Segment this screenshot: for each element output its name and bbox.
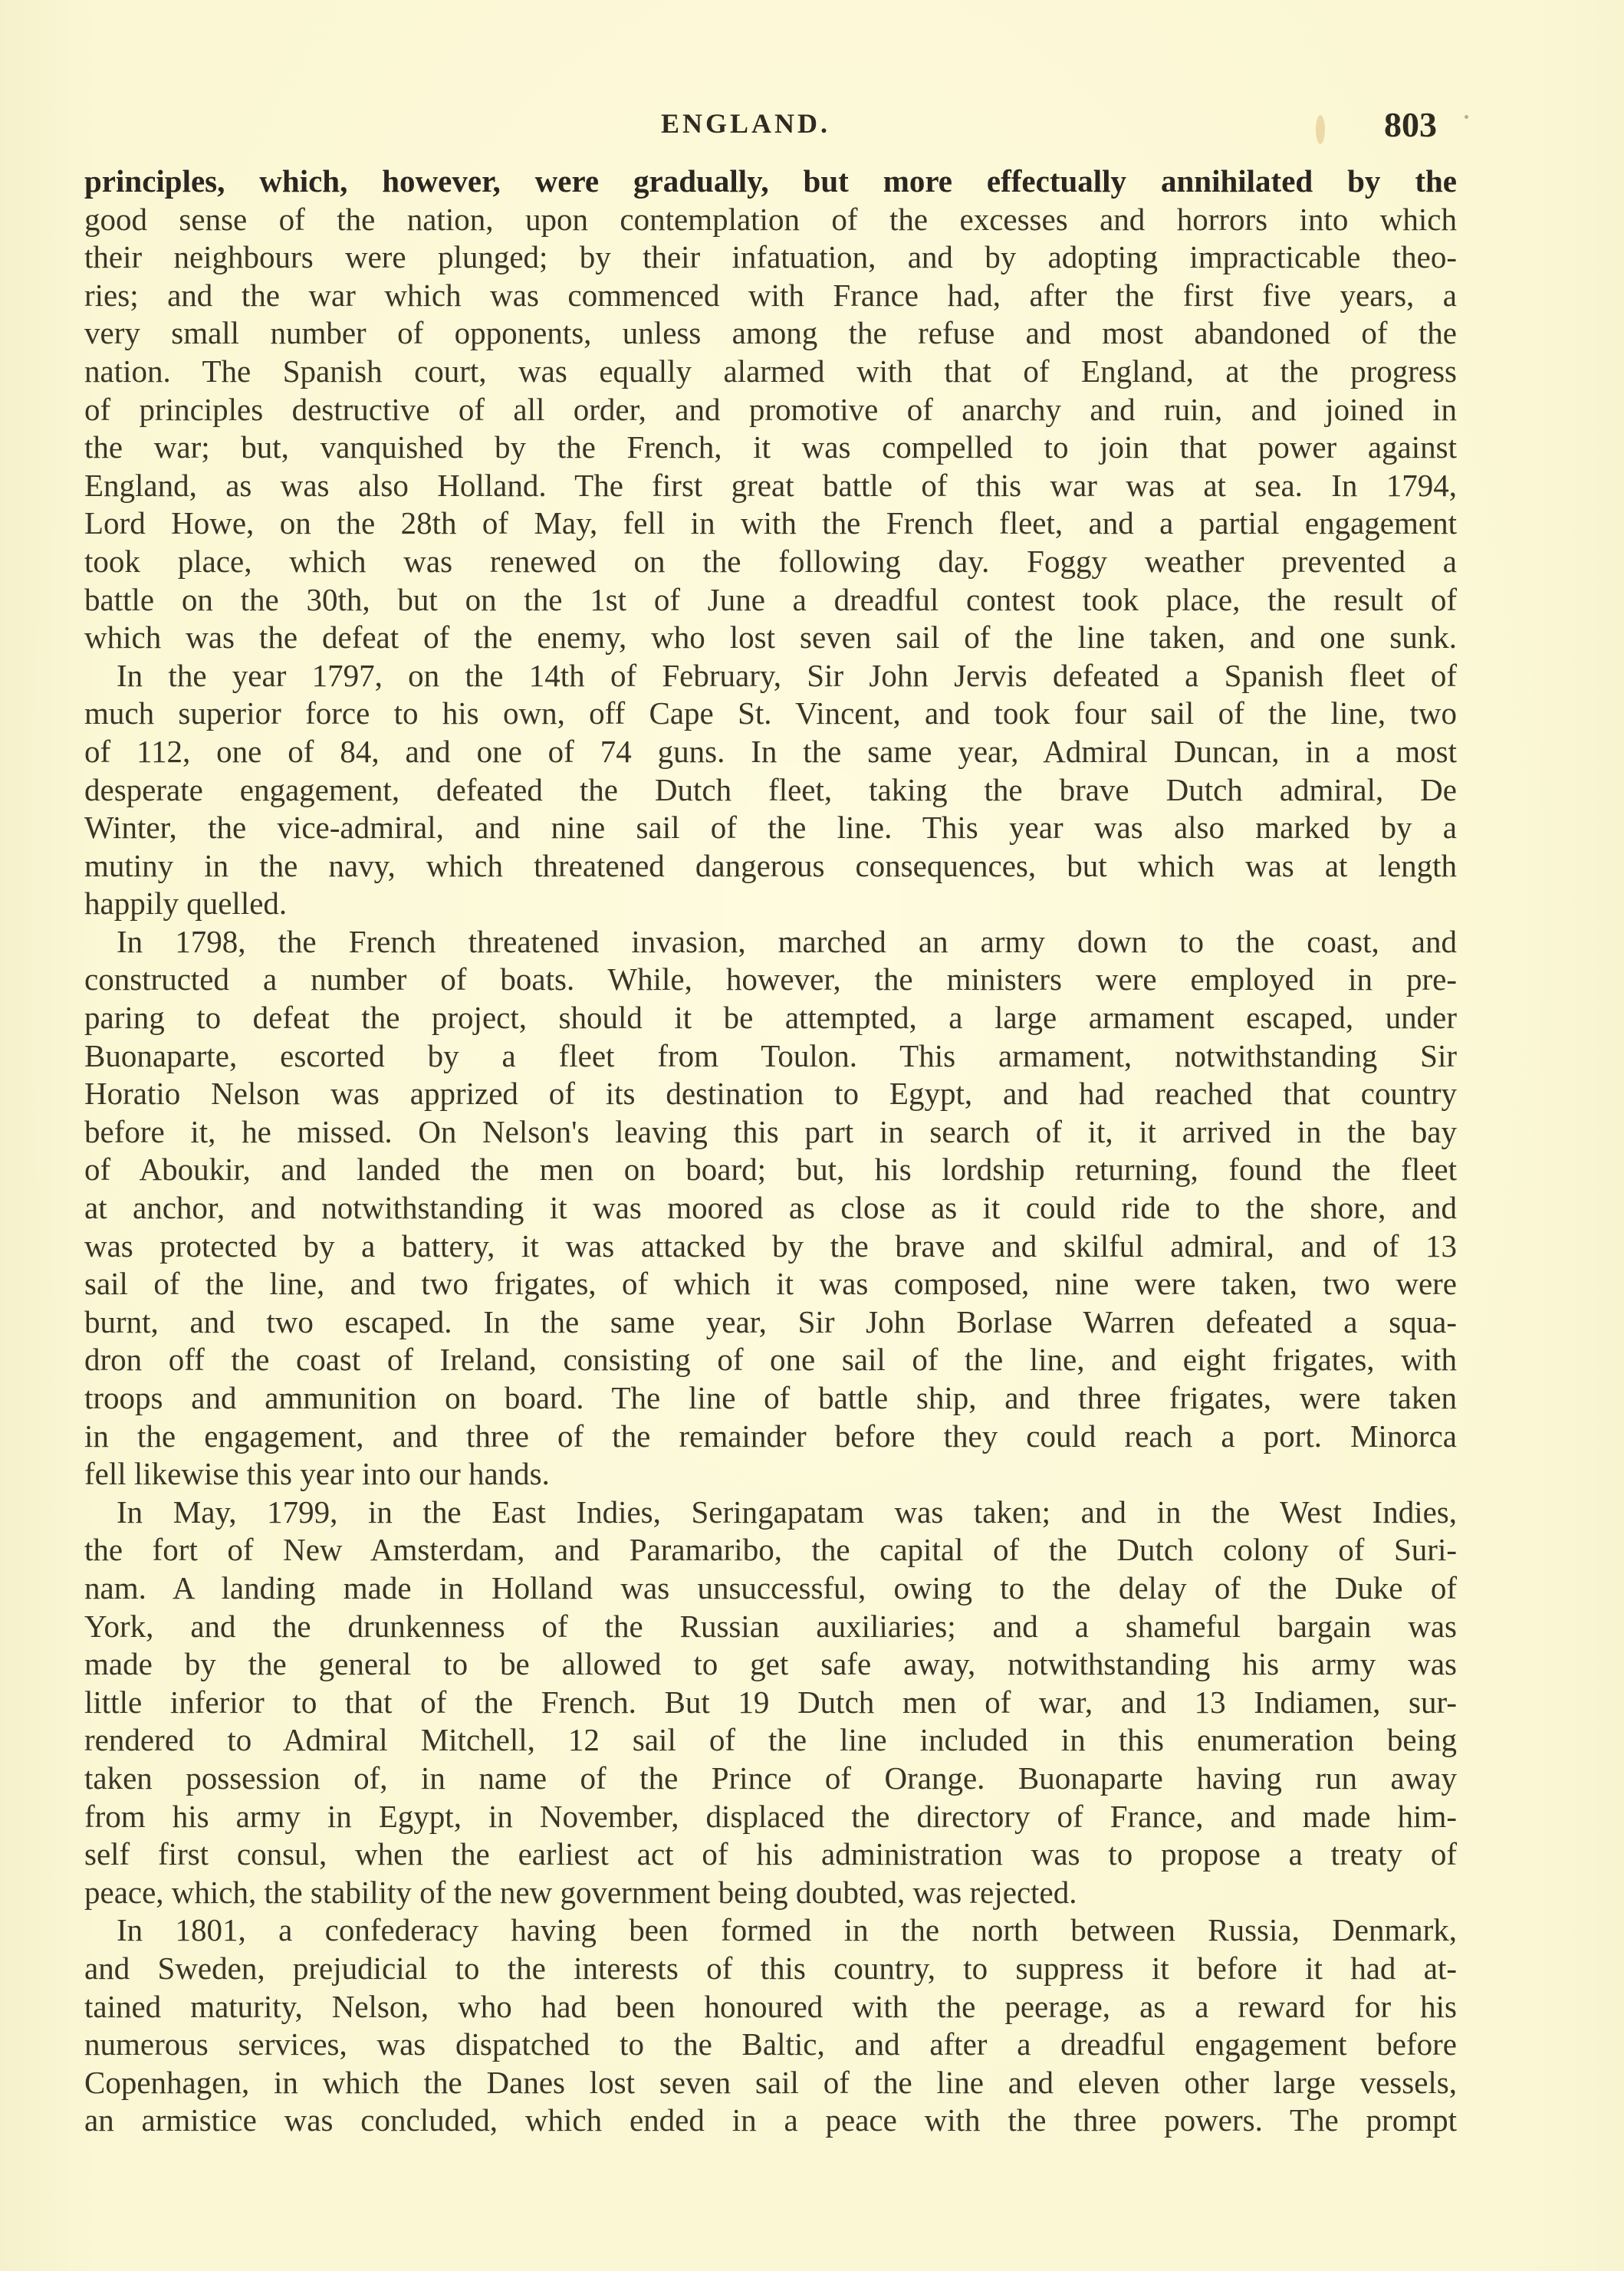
text-line: and Sweden, prejudicial to the interests… (84, 1950, 1457, 1988)
text-line: much superior force to his own, off Cape… (84, 695, 1457, 733)
text-line: burnt, and two escaped. In the same year… (84, 1303, 1457, 1342)
text-line: made by the general to be allowed to get… (84, 1645, 1457, 1684)
running-head: ENGLAND. 803 (0, 107, 1624, 144)
text-line: Lord Howe, on the 28th of May, fell in w… (84, 504, 1457, 543)
text-line: of Aboukir, and landed the men on board;… (84, 1151, 1457, 1189)
running-title: ENGLAND. (661, 107, 830, 140)
text-line: at anchor, and notwithstanding it was mo… (84, 1189, 1457, 1228)
text-line: happily quelled. (84, 885, 1457, 923)
text-line: In 1798, the French threatened invasion,… (84, 923, 1457, 961)
text-line: England, as was also Holland. The first … (84, 467, 1457, 505)
text-line: dron off the coast of Ireland, consistin… (84, 1341, 1457, 1379)
body-text: principles, which, however, were gradual… (84, 163, 1457, 2140)
text-line: which was the defeat of the enemy, who l… (84, 619, 1457, 657)
text-line: rendered to Admiral Mitchell, 12 sail of… (84, 1721, 1457, 1760)
text-line: before it, he missed. On Nelson's leavin… (84, 1113, 1457, 1152)
text-line: taken possession of, in name of the Prin… (84, 1760, 1457, 1798)
text-line: an armistice was concluded, which ended … (84, 2102, 1457, 2140)
text-line: in the engagement, and three of the rema… (84, 1418, 1457, 1456)
text-line: the fort of New Amsterdam, and Paramarib… (84, 1531, 1457, 1569)
text-line: battle on the 30th, but on the 1st of Ju… (84, 581, 1457, 620)
text-line: the war; but, vanquished by the French, … (84, 429, 1457, 467)
text-line: ries; and the war which was commenced wi… (84, 277, 1457, 315)
text-line: principles, which, however, were gradual… (84, 163, 1457, 201)
text-line: was protected by a battery, it was attac… (84, 1228, 1457, 1266)
text-line: of 112, one of 84, and one of 74 guns. I… (84, 733, 1457, 771)
text-line: nation. The Spanish court, was equally a… (84, 353, 1457, 391)
text-line: nam. A landing made in Holland was unsuc… (84, 1569, 1457, 1608)
page-number: 803 (1384, 104, 1437, 145)
text-line: In the year 1797, on the 14th of Februar… (84, 657, 1457, 695)
text-line: fell likewise this year into our hands. (84, 1455, 1457, 1494)
text-line: their neighbours were plunged; by their … (84, 238, 1457, 277)
paragraph-2: In the year 1797, on the 14th of Februar… (84, 657, 1457, 923)
text-line: of principles destructive of all order, … (84, 391, 1457, 429)
paragraph-4: In May, 1799, in the East Indies, Sering… (84, 1494, 1457, 1912)
text-line: In 1801, a confederacy having been forme… (84, 1911, 1457, 1950)
text-line: paring to defeat the project, should it … (84, 999, 1457, 1037)
text-line: self first consul, when the earliest act… (84, 1836, 1457, 1874)
text-line: Copenhagen, in which the Danes lost seve… (84, 2064, 1457, 2102)
text-line: sail of the line, and two frigates, of w… (84, 1265, 1457, 1303)
text-line: very small number of opponents, unless a… (84, 314, 1457, 353)
text-line: Winter, the vice-admiral, and nine sail … (84, 809, 1457, 847)
text-line: numerous services, was dispatched to the… (84, 2026, 1457, 2064)
book-page: ENGLAND. 803 principles, which, however,… (0, 0, 1624, 2271)
text-line: good sense of the nation, upon contempla… (84, 201, 1457, 239)
text-line: York, and the drunkenness of the Russian… (84, 1608, 1457, 1646)
text-line: peace, which, the stability of the new g… (84, 1874, 1457, 1912)
paragraph-3: In 1798, the French threatened invasion,… (84, 923, 1457, 1494)
text-line: Buonaparte, escorted by a fleet from Tou… (84, 1037, 1457, 1076)
text-line: tained maturity, Nelson, who had been ho… (84, 1988, 1457, 2026)
text-line: desperate engagement, defeated the Dutch… (84, 771, 1457, 810)
text-line: Horatio Nelson was apprized of its desti… (84, 1075, 1457, 1113)
text-line: troops and ammunition on board. The line… (84, 1379, 1457, 1418)
paragraph-1: principles, which, however, were gradual… (84, 163, 1457, 657)
paragraph-5: In 1801, a confederacy having been forme… (84, 1911, 1457, 2140)
text-line: In May, 1799, in the East Indies, Sering… (84, 1494, 1457, 1532)
text-line: constructed a number of boats. While, ho… (84, 961, 1457, 999)
text-line: from his army in Egypt, in November, dis… (84, 1798, 1457, 1836)
text-line: took place, which was renewed on the fol… (84, 543, 1457, 581)
text-line: mutiny in the navy, which threatened dan… (84, 847, 1457, 886)
text-line: little inferior to that of the French. B… (84, 1684, 1457, 1722)
